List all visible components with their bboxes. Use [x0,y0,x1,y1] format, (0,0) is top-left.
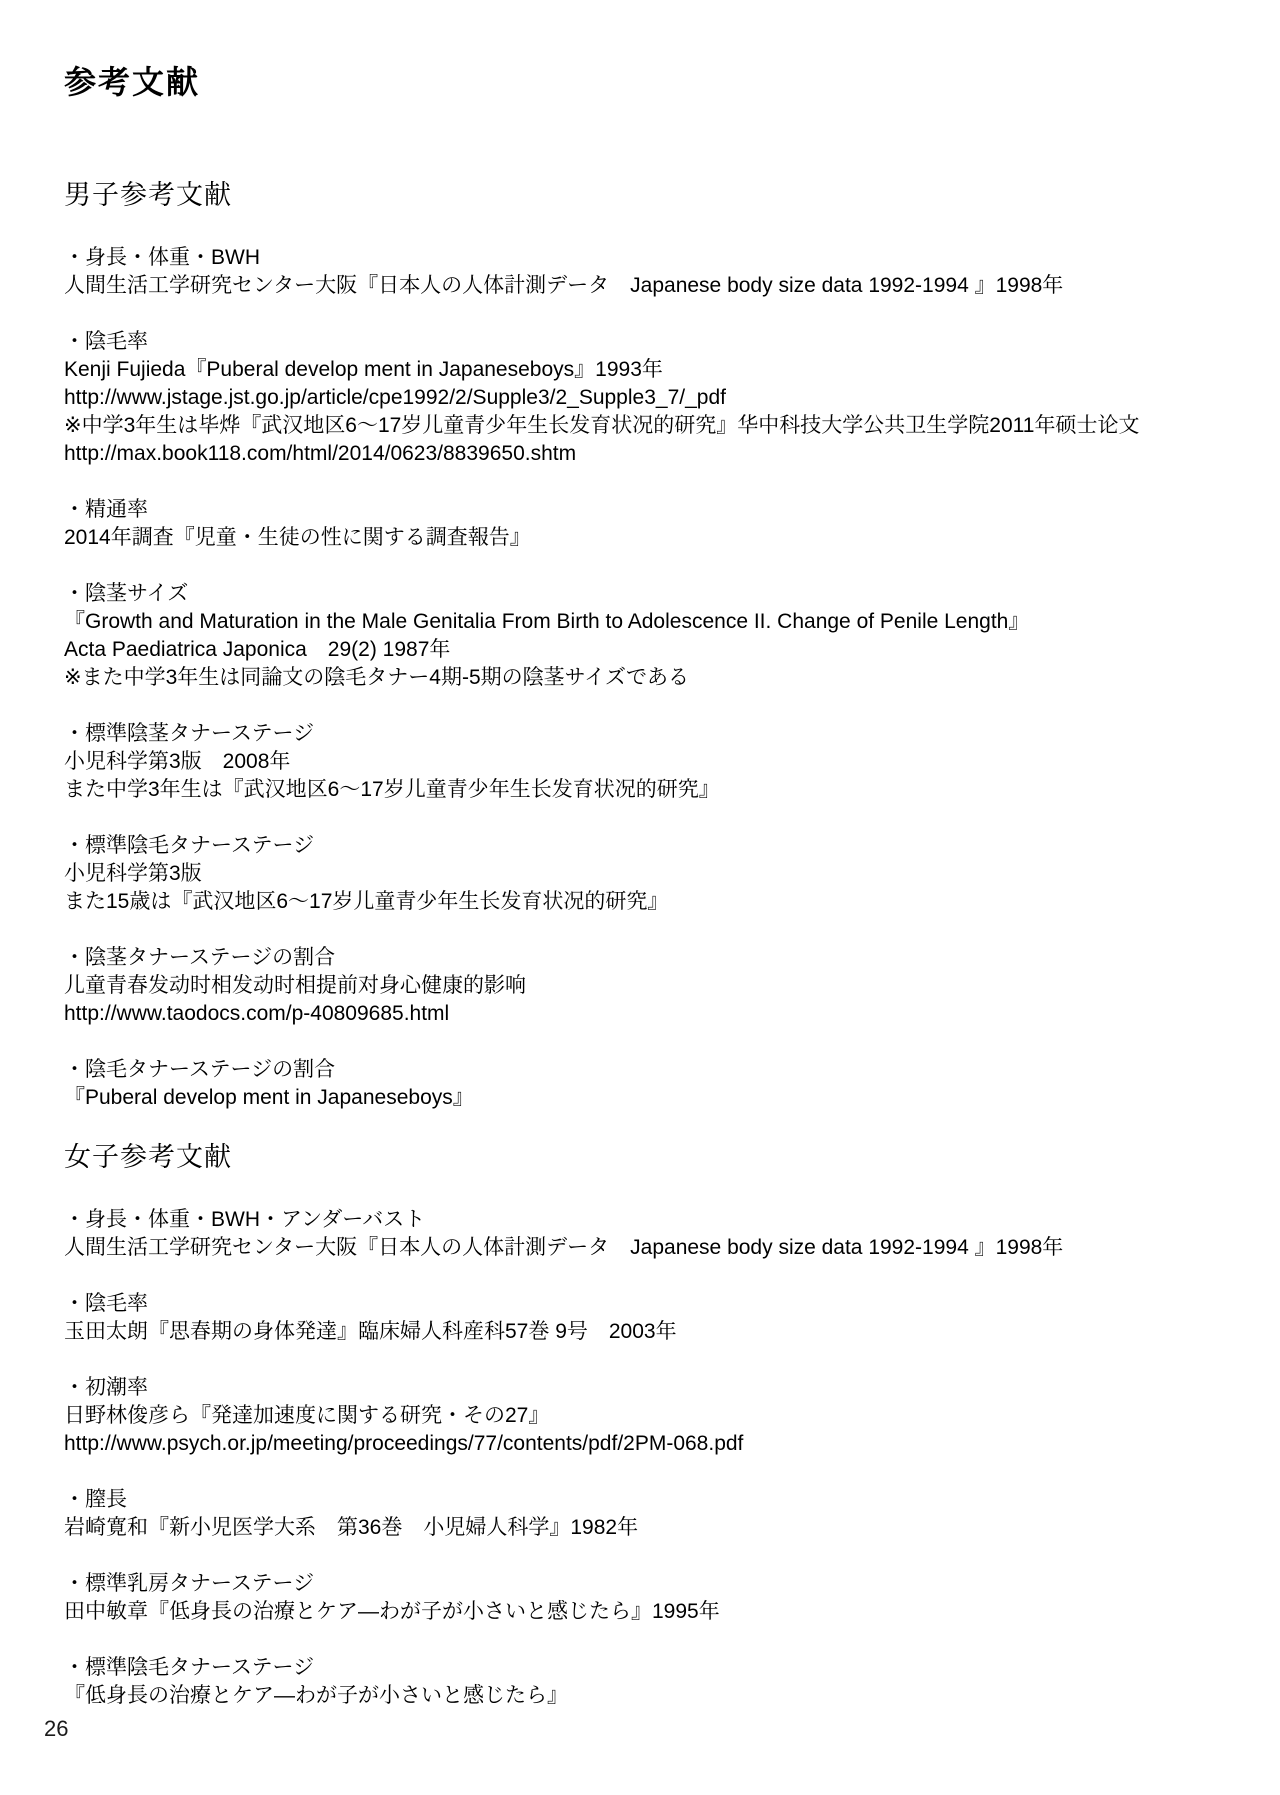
page-title: 参考文献 [64,62,1244,102]
reference-line: また15歳は『武汉地区6〜17岁儿童青少年生长发育状况的研究』 [64,888,1244,916]
reference-block: ・陰毛率玉田太朗『思春期の身体発達』臨床婦人科産科57巻 9号 2003年 [64,1290,1244,1346]
reference-block: ・標準陰茎タナーステージ小児科学第3版 2008年また中学3年生は『武汉地区6〜… [64,720,1244,804]
reference-line: Acta Paediatrica Japonica 29(2) 1987年 [64,636,1244,664]
reference-item-title: ・標準乳房タナーステージ [64,1570,1244,1598]
reference-section: 女子参考文献・身長・体重・BWH・アンダーバスト人間生活工学研究センター大阪『日… [64,1140,1244,1710]
reference-block: ・精通率2014年調査『児童・生徒の性に関する調査報告』 [64,496,1244,552]
page-number: 26 [44,1716,68,1742]
reference-item-title: ・陰毛率 [64,328,1244,356]
reference-line: また中学3年生は『武汉地区6〜17岁儿童青少年生长发育状况的研究』 [64,776,1244,804]
document-content: 参考文献 男子参考文献・身長・体重・BWH人間生活工学研究センター大阪『日本人の… [64,62,1244,1738]
reference-line: ※また中学3年生は同論文の陰毛タナー4期-5期の陰茎サイズである [64,664,1244,692]
section-heading: 女子参考文献 [64,1140,1244,1174]
reference-line: 2014年調査『児童・生徒の性に関する調査報告』 [64,524,1244,552]
reference-item-title: ・陰毛タナーステージの割合 [64,1056,1244,1084]
reference-block: ・標準陰毛タナーステージ『低身長の治療とケア―わが子が小さいと感じたら』 [64,1654,1244,1710]
reference-line: 『Growth and Maturation in the Male Genit… [64,608,1244,636]
reference-line: 人間生活工学研究センター大阪『日本人の人体計測データ Japanese body… [64,272,1244,300]
reference-line: 田中敏章『低身長の治療とケア―わが子が小さいと感じたら』1995年 [64,1598,1244,1626]
reference-item-title: ・標準陰毛タナーステージ [64,1654,1244,1682]
reference-item-title: ・身長・体重・BWH・アンダーバスト [64,1206,1244,1234]
reference-block: ・陰茎サイズ『Growth and Maturation in the Male… [64,580,1244,692]
reference-block: ・陰毛率Kenji Fujieda『Puberal develop ment i… [64,328,1244,468]
reference-section: 男子参考文献・身長・体重・BWH人間生活工学研究センター大阪『日本人の人体計測デ… [64,178,1244,1112]
reference-item-title: ・陰茎サイズ [64,580,1244,608]
reference-item-title: ・標準陰毛タナーステージ [64,832,1244,860]
reference-block: ・標準乳房タナーステージ田中敏章『低身長の治療とケア―わが子が小さいと感じたら』… [64,1570,1244,1626]
reference-block: ・身長・体重・BWH人間生活工学研究センター大阪『日本人の人体計測データ Jap… [64,244,1244,300]
section-heading: 男子参考文献 [64,178,1244,212]
reference-block: ・初潮率日野林俊彦ら『発達加速度に関する研究・その27』http://www.p… [64,1374,1244,1458]
reference-url: http://max.book118.com/html/2014/0623/88… [64,440,1244,468]
reference-line: 玉田太朗『思春期の身体発達』臨床婦人科産科57巻 9号 2003年 [64,1318,1244,1346]
reference-line: 小児科学第3版 2008年 [64,748,1244,776]
reference-line: Kenji Fujieda『Puberal develop ment in Ja… [64,356,1244,384]
reference-line: 小児科学第3版 [64,860,1244,888]
reference-block: ・陰茎タナーステージの割合儿童青春发动时相发动时相提前对身心健康的影响http:… [64,944,1244,1028]
reference-item-title: ・初潮率 [64,1374,1244,1402]
reference-item-title: ・身長・体重・BWH [64,244,1244,272]
reference-item-title: ・膣長 [64,1486,1244,1514]
reference-line: 儿童青春发动时相发动时相提前对身心健康的影响 [64,972,1244,1000]
reference-line: 岩崎寛和『新小児医学大系 第36巻 小児婦人科学』1982年 [64,1514,1244,1542]
reference-line: ※中学3年生は毕烨『武汉地区6〜17岁儿童青少年生长发育状况的研究』华中科技大学… [64,412,1244,440]
reference-item-title: ・陰毛率 [64,1290,1244,1318]
reference-sections: 男子参考文献・身長・体重・BWH人間生活工学研究センター大阪『日本人の人体計測デ… [64,178,1244,1710]
reference-block: ・陰毛タナーステージの割合『Puberal develop ment in Ja… [64,1056,1244,1112]
reference-block: ・標準陰毛タナーステージ小児科学第3版また15歳は『武汉地区6〜17岁儿童青少年… [64,832,1244,916]
reference-item-title: ・標準陰茎タナーステージ [64,720,1244,748]
reference-url: http://www.jstage.jst.go.jp/article/cpe1… [64,384,1244,412]
reference-block: ・膣長岩崎寛和『新小児医学大系 第36巻 小児婦人科学』1982年 [64,1486,1244,1542]
reference-line: 『Puberal develop ment in Japaneseboys』 [64,1084,1244,1112]
reference-url: http://www.taodocs.com/p-40809685.html [64,1000,1244,1028]
reference-url: http://www.psych.or.jp/meeting/proceedin… [64,1430,1244,1458]
reference-item-title: ・陰茎タナーステージの割合 [64,944,1244,972]
reference-block: ・身長・体重・BWH・アンダーバスト人間生活工学研究センター大阪『日本人の人体計… [64,1206,1244,1262]
reference-line: 『低身長の治療とケア―わが子が小さいと感じたら』 [64,1682,1244,1710]
document-page: 参考文献 男子参考文献・身長・体重・BWH人間生活工学研究センター大阪『日本人の… [0,0,1280,1795]
reference-item-title: ・精通率 [64,496,1244,524]
reference-line: 日野林俊彦ら『発達加速度に関する研究・その27』 [64,1402,1244,1430]
reference-line: 人間生活工学研究センター大阪『日本人の人体計測データ Japanese body… [64,1234,1244,1262]
